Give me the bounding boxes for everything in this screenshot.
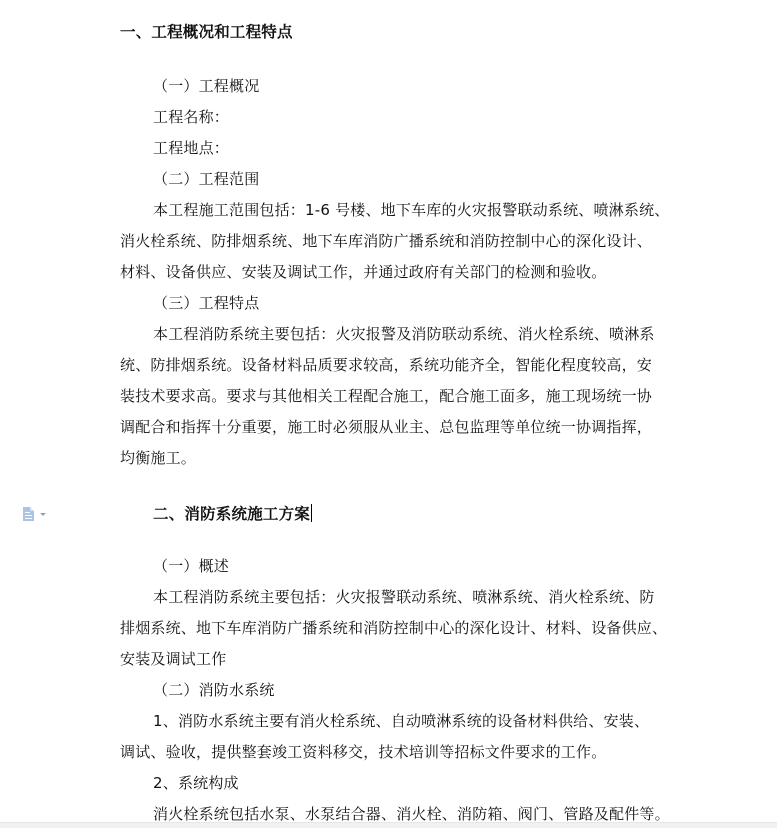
- project-name-label: 工程名称：: [153, 107, 229, 127]
- section1-sub1-heading: （一）工程概况: [153, 76, 259, 96]
- section1-sub3-heading: （三）工程特点: [153, 293, 259, 313]
- water-system-item2-line: 消火栓系统包括水泵、水泵结合器、消火栓、消防箱、阀门、管路及配件等。: [153, 804, 670, 824]
- water-system-item1-line: 1、消防水系统主要有消火栓系统、自动喷淋系统的设备材料供给、安装、: [153, 711, 649, 731]
- scope-paragraph-line: 消火栓系统、防排烟系统、地下车库消防广播系统和消防控制中心的深化设计、: [120, 231, 652, 251]
- section2-heading[interactable]: 二、消防系统施工方案: [153, 504, 312, 524]
- overview-paragraph-line: 安装及调试工作: [120, 649, 226, 669]
- section1-sub2-heading: （二）工程范围: [153, 169, 259, 189]
- text-cursor: [311, 504, 312, 522]
- features-paragraph-line: 本工程消防系统主要包括：火灾报警及消防联动系统、消火栓系统、喷淋系: [153, 324, 655, 344]
- water-system-item2-heading: 2、系统构成: [153, 773, 239, 793]
- section2-sub2-heading: （二）消防水系统: [153, 680, 275, 700]
- overview-paragraph-line: 本工程消防系统主要包括：火灾报警联动系统、喷淋系统、消火栓系统、防: [153, 587, 655, 607]
- document-paragraph-icon[interactable]: [23, 507, 34, 521]
- section2-heading-text: 二、消防系统施工方案: [153, 505, 310, 523]
- features-paragraph-line: 统、防排烟系统。设备材料品质要求较高，系统功能齐全，智能化程度较高，安: [120, 355, 652, 375]
- scope-paragraph-line: 本工程施工范围包括：1-6 号楼、地下车库的火灾报警联动系统、喷淋系统、: [153, 200, 669, 220]
- overview-paragraph-line: 排烟系统、地下车库消防广播系统和消防控制中心的深化设计、材料、设备供应、: [120, 618, 667, 638]
- page-bottom-edge: [0, 822, 777, 828]
- features-paragraph-line: 装技术要求高。要求与其他相关工程配合施工，配合施工面多，施工现场统一协: [120, 386, 652, 406]
- water-system-item1-line: 调试、验收，提供整套竣工资料移交，技术培训等招标文件要求的工作。: [120, 742, 606, 762]
- project-location-label: 工程地点：: [153, 138, 229, 158]
- chevron-down-icon[interactable]: [40, 513, 46, 516]
- features-paragraph-line: 均衡施工。: [120, 448, 196, 468]
- section2-sub1-heading: （一）概述: [153, 556, 229, 576]
- scope-paragraph-line: 材料、设备供应、安装及调试工作，并通过政府有关部门的检测和验收。: [120, 262, 606, 282]
- section1-heading: 一、工程概况和工程特点: [120, 22, 293, 42]
- features-paragraph-line: 调配合和指挥十分重要，施工时必须服从业主、总包监理等单位统一协调指挥，: [120, 417, 652, 437]
